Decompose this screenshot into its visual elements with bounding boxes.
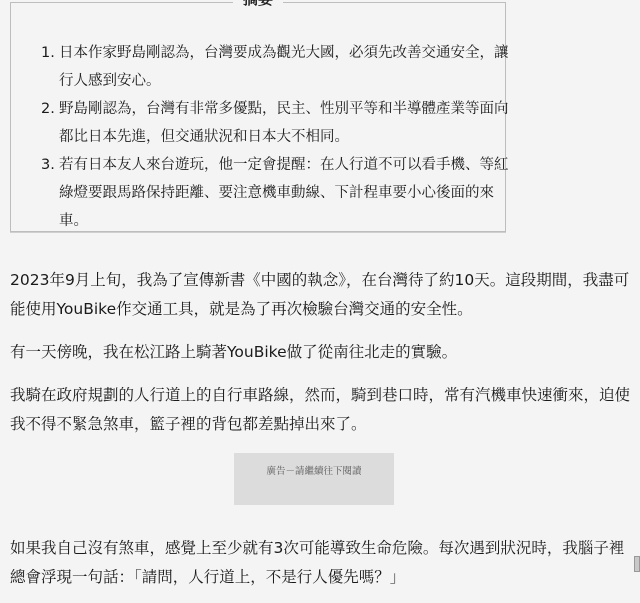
article-page: 摘要 1. 日本作家野島剛認為，台灣要成為觀光大國，必須先改善交通安全，讓行人感… bbox=[0, 0, 640, 603]
summary-box: 摘要 1. 日本作家野島剛認為，台灣要成為觀光大國，必須先改善交通安全，讓行人感… bbox=[10, 2, 506, 232]
summary-item-number: 1. bbox=[41, 39, 55, 67]
summary-item-text: 若有日本友人來台遊玩，他一定會提醒：在人行道不可以看手機、等紅綠燈要跟馬路保持距… bbox=[59, 157, 509, 229]
summary-list: 1. 日本作家野島剛認為，台灣要成為觀光大國，必須先改善交通安全，讓行人感到安心… bbox=[41, 39, 511, 235]
summary-item: 1. 日本作家野島剛認為，台灣要成為觀光大國，必須先改善交通安全，讓行人感到安心… bbox=[41, 39, 511, 95]
article-paragraph: 有一天傍晚，我在松江路上騎著YouBike做了從南往北走的實驗。 bbox=[10, 338, 630, 367]
summary-item-number: 3. bbox=[41, 151, 55, 179]
article-paragraph: 如果我自己沒有煞車，感覺上至少就有3次可能導致生命危險。每次遇到狀況時，我腦子裡… bbox=[10, 534, 630, 592]
side-widget-handle[interactable] bbox=[634, 556, 640, 572]
summary-item: 2. 野島剛認為，台灣有非常多優點，民主、性別平等和半導體產業等面向都比日本先進… bbox=[41, 95, 511, 151]
article-paragraph: 我騎在政府規劃的人行道上的自行車路線，然而，騎到巷口時，常有汽機車快速衝來，迫使… bbox=[10, 381, 630, 439]
summary-title: 摘要 bbox=[233, 0, 283, 7]
ad-label: 廣告－請繼續往下閱讀 bbox=[234, 453, 394, 477]
summary-item: 3. 若有日本友人來台遊玩，他一定會提醒：在人行道不可以看手機、等紅綠燈要跟馬路… bbox=[41, 151, 511, 235]
summary-item-number: 2. bbox=[41, 95, 55, 123]
summary-item-text: 野島剛認為，台灣有非常多優點，民主、性別平等和半導體產業等面向都比日本先進，但交… bbox=[59, 101, 509, 145]
advertisement-placeholder[interactable]: 廣告－請繼續往下閱讀 bbox=[234, 453, 394, 505]
summary-item-text: 日本作家野島剛認為，台灣要成為觀光大國，必須先改善交通安全，讓行人感到安心。 bbox=[59, 45, 509, 89]
article-paragraph: 2023年9月上旬，我為了宣傳新書《中國的執念》，在台灣待了約10天。這段期間，… bbox=[10, 266, 630, 324]
